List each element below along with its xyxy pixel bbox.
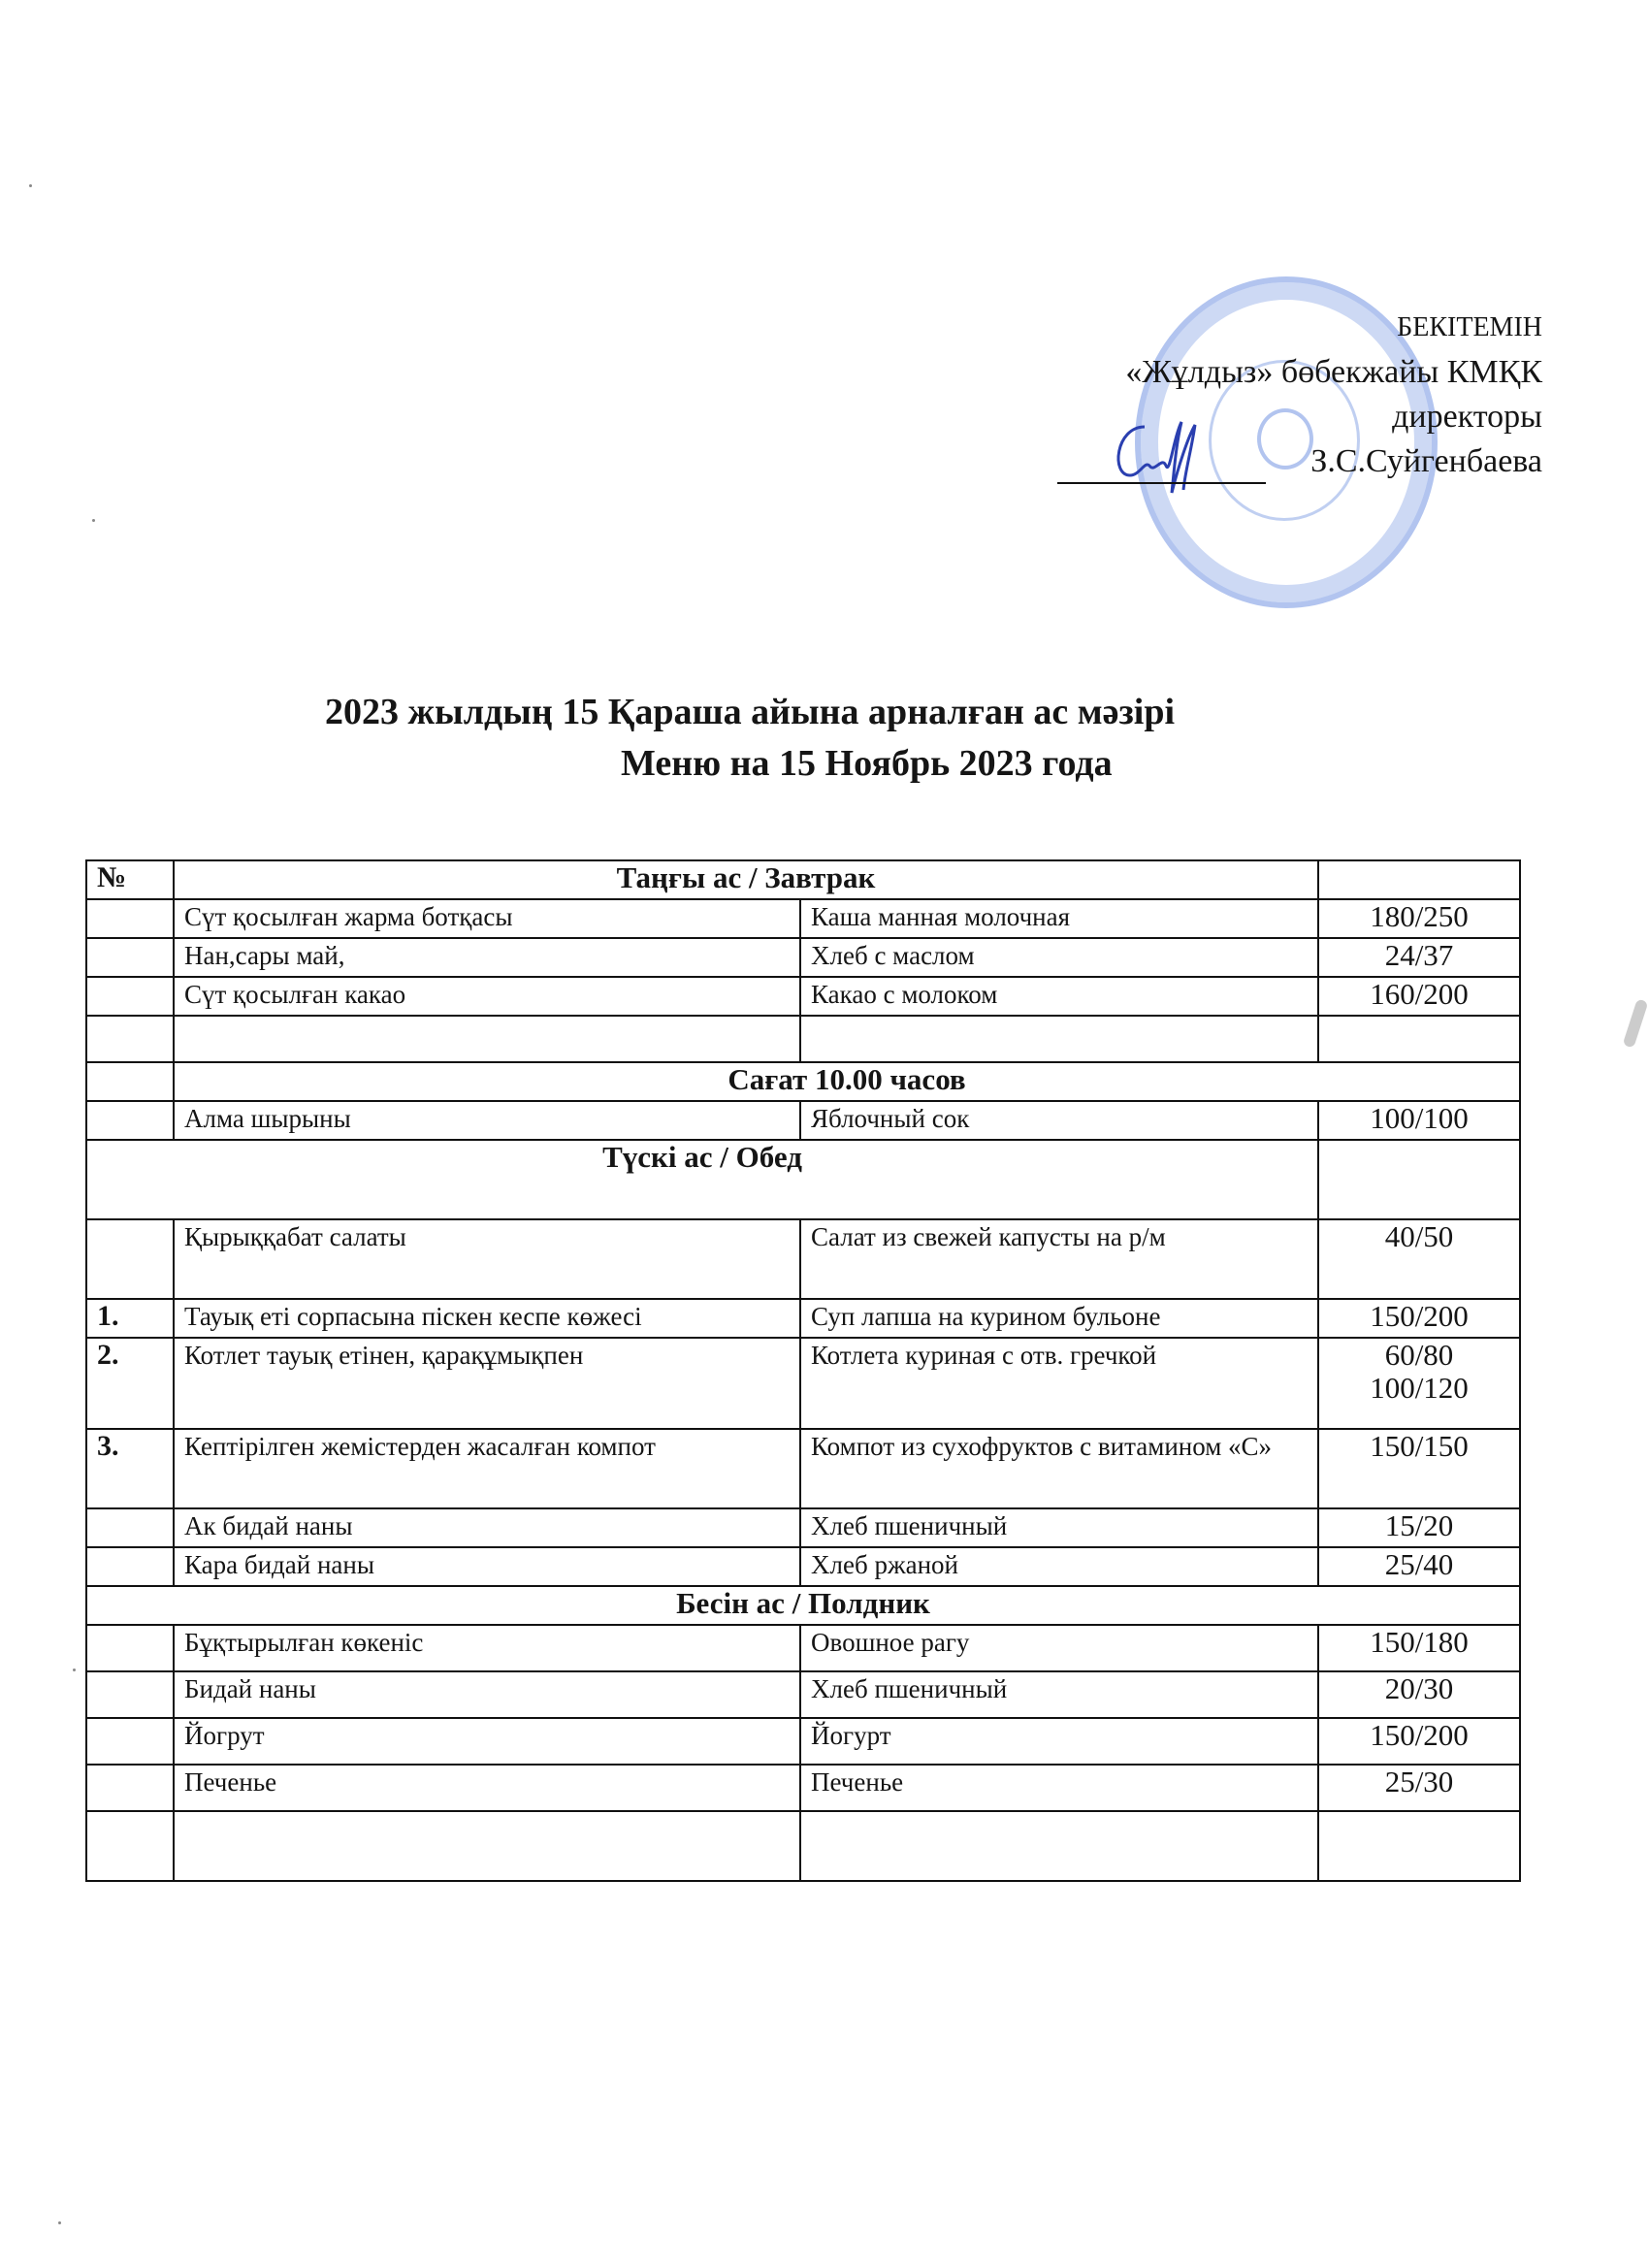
item-number <box>86 1219 174 1299</box>
item-number <box>86 1625 174 1671</box>
section-heading-snack10: Сағат 10.00 часов <box>174 1062 1520 1101</box>
empty-cell <box>1318 1811 1520 1881</box>
dish-name-russian: Хлеб ржаной <box>800 1547 1318 1586</box>
dish-name-kazakh: Сүт қосылған жарма ботқасы <box>174 899 800 938</box>
menu-row: Ак бидай наныХлеб пшеничный15/20 <box>86 1508 1520 1547</box>
title-kazakh: 2023 жылдың 15 Қараша айына арналған ас … <box>325 691 1175 733</box>
section-row-snack10: Сағат 10.00 часов <box>86 1062 1520 1101</box>
portion-quantity: 60/80100/120 <box>1318 1338 1520 1429</box>
dish-name-russian: Суп лапша на курином бульоне <box>800 1299 1318 1338</box>
dish-name-russian: Хлеб пшеничный <box>800 1508 1318 1547</box>
section-heading-afternoon: Бесін ас / Полдник <box>86 1586 1520 1625</box>
portion-value: 160/200 <box>1329 978 1509 1011</box>
portion-value: 150/200 <box>1329 1300 1509 1333</box>
portion-value: 150/150 <box>1329 1430 1509 1463</box>
empty-cell <box>800 1811 1318 1881</box>
menu-row: Кара бидай наныХлеб ржаной25/40 <box>86 1547 1520 1586</box>
dish-name-russian: Йогурт <box>800 1718 1318 1765</box>
item-number <box>86 1547 174 1586</box>
number-cell <box>86 1062 174 1101</box>
menu-row: Сүт қосылған какаоКакао с молоком160/200 <box>86 977 1520 1016</box>
portion-value: 20/30 <box>1329 1672 1509 1705</box>
dish-name-russian: Каша манная молочная <box>800 899 1318 938</box>
menu-row: Алма шырыныЯблочный сок100/100 <box>86 1101 1520 1140</box>
scan-speck <box>58 2221 61 2224</box>
empty-row <box>86 1811 1520 1881</box>
menu-row: 1.Тауық еті сорпасына піскен кеспе көжес… <box>86 1299 1520 1338</box>
portion-quantity: 180/250 <box>1318 899 1520 938</box>
number-header: № <box>86 860 174 899</box>
dish-name-kazakh: Алма шырыны <box>174 1101 800 1140</box>
menu-row: ПеченьеПеченье25/30 <box>86 1765 1520 1811</box>
menu-row: Сүт қосылған жарма ботқасыКаша манная мо… <box>86 899 1520 938</box>
scan-speck <box>73 1669 76 1671</box>
dish-name-russian: Какао с молоком <box>800 977 1318 1016</box>
approval-organization: «Жұлдыз» бөбекжайы КМҚК <box>1125 350 1542 395</box>
dish-name-russian: Компот из сухофруктов с витамином «С» <box>800 1429 1318 1508</box>
dish-name-russian: Хлеб пшеничный <box>800 1671 1318 1718</box>
portion-quantity: 150/180 <box>1318 1625 1520 1671</box>
menu-row: Бұқтырылған көкенісОвошное рагу150/180 <box>86 1625 1520 1671</box>
dish-name-kazakh: Нан,сары май, <box>174 938 800 977</box>
section-row-lunch: Түскі ас / Обед <box>86 1140 1520 1219</box>
title-russian: Меню на 15 Ноябрь 2023 года <box>621 742 1113 785</box>
dish-name-kazakh: Йогрут <box>174 1718 800 1765</box>
portion-value: 150/180 <box>1329 1626 1509 1659</box>
portion-value: 180/250 <box>1329 900 1509 933</box>
portion-quantity: 24/37 <box>1318 938 1520 977</box>
portion-value: 25/30 <box>1329 1766 1509 1798</box>
portion-value: 24/37 <box>1329 939 1509 972</box>
item-number <box>86 1101 174 1140</box>
section-row-breakfast: №Таңғы ас / Завтрак <box>86 860 1520 899</box>
item-number <box>86 899 174 938</box>
scan-smudge <box>1623 998 1649 1048</box>
portion-quantity <box>1318 1016 1520 1062</box>
portion-value: 100/100 <box>1329 1102 1509 1135</box>
portion-quantity: 150/200 <box>1318 1718 1520 1765</box>
dish-name-russian <box>800 1016 1318 1062</box>
item-number <box>86 1765 174 1811</box>
dish-name-kazakh: Бидай наны <box>174 1671 800 1718</box>
menu-row: 3.Кептірілген жемістерден жасалған компо… <box>86 1429 1520 1508</box>
dish-name-kazakh: Сүт қосылған какао <box>174 977 800 1016</box>
portion-value-secondary: 100/120 <box>1329 1372 1509 1405</box>
item-number <box>86 977 174 1016</box>
item-number: 2. <box>86 1338 174 1429</box>
menu-row: Қырыққабат салатыСалат из свежей капусты… <box>86 1219 1520 1299</box>
signature-line <box>1057 482 1266 484</box>
item-number <box>86 938 174 977</box>
dish-name-russian: Печенье <box>800 1765 1318 1811</box>
section-heading-breakfast: Таңғы ас / Завтрак <box>174 860 1318 899</box>
section-heading-lunch: Түскі ас / Обед <box>86 1140 1318 1219</box>
quantity-cell <box>1318 1140 1520 1219</box>
empty-cell <box>174 1811 800 1881</box>
approval-heading: БЕКІТЕМІН <box>1125 306 1542 350</box>
portion-quantity: 100/100 <box>1318 1101 1520 1140</box>
portion-quantity: 150/200 <box>1318 1299 1520 1338</box>
portion-value: 15/20 <box>1329 1509 1509 1542</box>
item-number <box>86 1016 174 1062</box>
portion-value: 25/40 <box>1329 1548 1509 1581</box>
dish-name-kazakh: Печенье <box>174 1765 800 1811</box>
portion-quantity: 160/200 <box>1318 977 1520 1016</box>
dish-name-russian: Овошное рагу <box>800 1625 1318 1671</box>
dish-name-russian: Котлета куриная с отв. гречкой <box>800 1338 1318 1429</box>
section-row-afternoon: Бесін ас / Полдник <box>86 1586 1520 1625</box>
menu-row: Бидай наныХлеб пшеничный20/30 <box>86 1671 1520 1718</box>
quantity-cell <box>1318 860 1520 899</box>
portion-quantity: 20/30 <box>1318 1671 1520 1718</box>
menu-row <box>86 1016 1520 1062</box>
menu-table: №Таңғы ас / ЗавтракСүт қосылған жарма бо… <box>85 859 1521 1882</box>
item-number <box>86 1508 174 1547</box>
menu-row: Нан,сары май,Хлеб с маслом24/37 <box>86 938 1520 977</box>
portion-quantity: 25/30 <box>1318 1765 1520 1811</box>
dish-name-russian: Хлеб с маслом <box>800 938 1318 977</box>
dish-name-russian: Яблочный сок <box>800 1101 1318 1140</box>
scan-speck <box>92 519 95 522</box>
dish-name-kazakh: Кептірілген жемістерден жасалған компот <box>174 1429 800 1508</box>
portion-value: 40/50 <box>1329 1220 1509 1253</box>
dish-name-kazakh: Бұқтырылған көкеніс <box>174 1625 800 1671</box>
dish-name-russian: Салат из свежей капусты на р/м <box>800 1219 1318 1299</box>
menu-row: 2.Котлет тауық етінен, қарақұмықпенКотле… <box>86 1338 1520 1429</box>
item-number <box>86 1718 174 1765</box>
scan-speck <box>29 184 32 187</box>
menu-row: ЙогрутЙогурт150/200 <box>86 1718 1520 1765</box>
dish-name-kazakh <box>174 1016 800 1062</box>
dish-name-kazakh: Ак бидай наны <box>174 1508 800 1547</box>
item-number <box>86 1671 174 1718</box>
empty-cell <box>86 1811 174 1881</box>
dish-name-kazakh: Тауық еті сорпасына піскен кеспе көжесі <box>174 1299 800 1338</box>
portion-value: 150/200 <box>1329 1719 1509 1752</box>
item-number: 3. <box>86 1429 174 1508</box>
item-number: 1. <box>86 1299 174 1338</box>
dish-name-kazakh: Кара бидай наны <box>174 1547 800 1586</box>
portion-quantity: 15/20 <box>1318 1508 1520 1547</box>
portion-quantity: 150/150 <box>1318 1429 1520 1508</box>
portion-quantity: 25/40 <box>1318 1547 1520 1586</box>
dish-name-kazakh: Қырыққабат салаты <box>174 1219 800 1299</box>
portion-value: 60/80 <box>1329 1339 1509 1372</box>
portion-quantity: 40/50 <box>1318 1219 1520 1299</box>
dish-name-kazakh: Котлет тауық етінен, қарақұмықпен <box>174 1338 800 1429</box>
